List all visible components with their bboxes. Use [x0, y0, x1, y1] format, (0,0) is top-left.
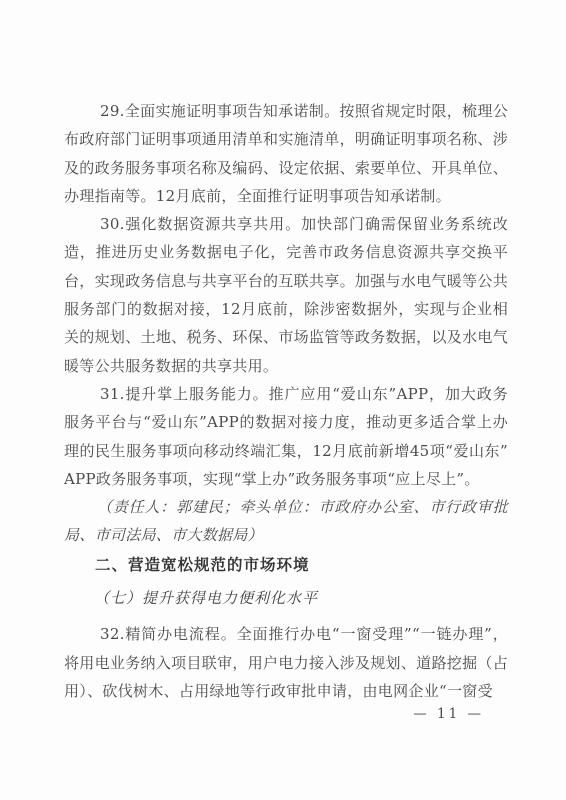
paragraph-item-30: 30.强化数据资源共享共用。加快部门确需保留业务系统改造，推进历史业务数据电子化… — [64, 210, 508, 380]
subsection-heading: （七）提升获得电力便利化水平 — [64, 584, 508, 612]
responsible-person-note: （责任人：郭建民；牵头单位：市政府办公室、市行政审批局、市司法局、市大数据局） — [64, 493, 508, 550]
document-body: 29.全面实施证明事项告知承诺制。按照省规定时限，梳理公布政府部门证明事项通用清… — [64, 97, 508, 705]
paragraph-item-31: 31.提升掌上服务能力。推广应用“爱山东”APP，加大政务服务平台与“爱山东”A… — [64, 380, 508, 493]
section-heading: 二、营造宽松规范的市场环境 — [64, 551, 508, 579]
document-page: 29.全面实施证明事项告知承诺制。按照省规定时限，梳理公布政府部门证明事项通用清… — [0, 0, 566, 800]
paragraph-item-32: 32.精简办电流程。全面推行办电“一窗受理”“一链办理”，将用电业务纳入项目联审… — [64, 620, 508, 705]
paragraph-item-29: 29.全面实施证明事项告知承诺制。按照省规定时限，梳理公布政府部门证明事项通用清… — [64, 97, 508, 210]
page-number: — 11 — — [413, 706, 484, 722]
